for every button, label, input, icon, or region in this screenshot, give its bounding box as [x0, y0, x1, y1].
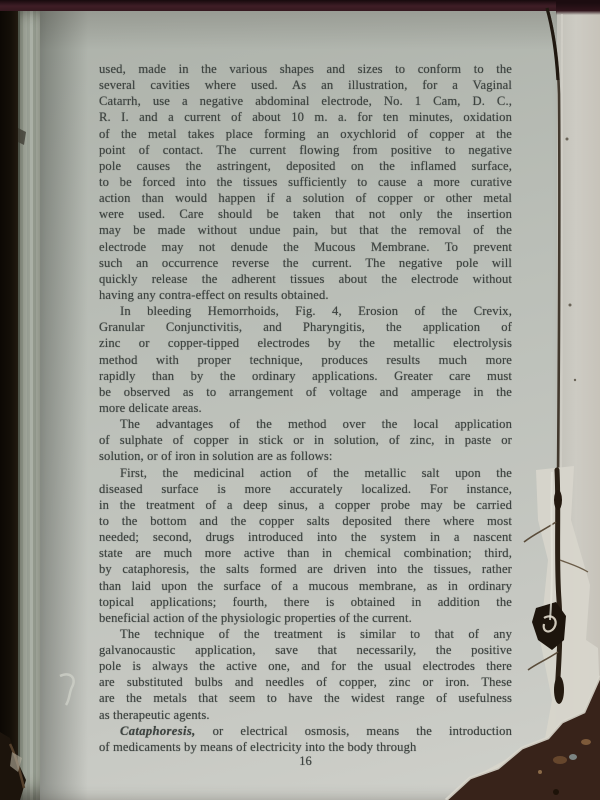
text-line: Catarrh, use a negative abdominal electr…	[99, 93, 512, 109]
book-photo: used, made in the various shapes and siz…	[0, 0, 600, 800]
text-line: are substituted bulbs and needles of cop…	[99, 674, 512, 690]
text-line: needed; second, drugs introduced into th…	[99, 529, 512, 545]
next-page-edge	[557, 10, 600, 800]
text-line: electrode may not denude the Mucous Memb…	[99, 239, 512, 255]
paragraph: Cataphoresis, or electrical osmosis, mea…	[99, 723, 512, 755]
text-line: pole is always the active one, and for t…	[99, 658, 512, 674]
text-line: topical applications; fourth, there is o…	[99, 594, 512, 610]
text-line: diseased surface is more accurately loca…	[99, 481, 512, 497]
paragraph: The advantages of the method over the lo…	[99, 416, 512, 464]
text-line: beneficial action of the physiologic pro…	[99, 610, 512, 626]
text-line: rapidly than by the ordinary application…	[99, 368, 512, 384]
text-line: solution, or of iron in solution are as …	[99, 448, 512, 464]
text-line: to be forced into the tissues sufficient…	[99, 174, 512, 190]
text-line: several cavities where used. As an illus…	[99, 77, 512, 93]
page-text: used, made in the various shapes and siz…	[99, 61, 512, 755]
paragraph: The technique of the treatment is simila…	[99, 626, 512, 723]
text-line: action than would happen if a solution o…	[99, 190, 512, 206]
text-line: in the treatment of a deep sinus, a copp…	[99, 497, 512, 513]
text-line: to the bottom and the copper salts depos…	[99, 513, 512, 529]
book-cover-top-right	[556, 0, 600, 15]
text-line: zinc or copper-tipped electrodes by the …	[99, 335, 512, 351]
page-number: 16	[99, 754, 512, 771]
text-line: as therapeutic agents.	[99, 707, 512, 723]
text-line: In bleeding Hemorrhoids, Fig. 4, Erosion…	[99, 303, 512, 319]
bold-italic-lead: Cataphoresis,	[120, 724, 196, 738]
text-line: of the metal takes place forming an oxyc…	[99, 126, 512, 142]
text-line: quickly release the adherent tissues abo…	[99, 271, 512, 287]
text-line: The technique of the treatment is simila…	[99, 626, 512, 642]
text-line: having any contra-effect on results obta…	[99, 287, 512, 303]
text-line: of sulphate of copper in stick or in sol…	[99, 432, 512, 448]
text-line: pole causes the astringent, deposited on…	[99, 158, 512, 174]
paragraph: used, made in the various shapes and siz…	[99, 61, 512, 303]
text-line: be observed as to arrangement of voltage…	[99, 384, 512, 400]
text-line: The advantages of the method over the lo…	[99, 416, 512, 432]
text-line: state are much more active than in chemi…	[99, 545, 512, 561]
text-line: such an occurrence reverse the current. …	[99, 255, 512, 271]
text-line: used, made in the various shapes and siz…	[99, 61, 512, 77]
text-line: point of contact. The current flowing fr…	[99, 142, 512, 158]
text-line: were used. Care should be taken that not…	[99, 206, 512, 222]
text-line: than laid upon the surface of a mucous m…	[99, 578, 512, 594]
text-line: more delicate areas.	[99, 400, 512, 416]
paragraph: First, the medicinal action of the metal…	[99, 465, 512, 626]
text-line: are the metals that seem to have the wid…	[99, 690, 512, 706]
text-line: R. I. and a current of about 10 m. a. fo…	[99, 109, 512, 125]
text-line: may be made without undue pain, but that…	[99, 222, 512, 238]
text-line: galvanocaustic application, save that ne…	[99, 642, 512, 658]
text-line: method with proper technique, produces r…	[99, 352, 512, 368]
text-line: Granular Conjunctivitis, and Pharyngitis…	[99, 319, 512, 335]
text-line: Cataphoresis, or electrical osmosis, mea…	[99, 723, 512, 739]
text-line: by cataphoresis, the salts formed are dr…	[99, 561, 512, 577]
paragraph: In bleeding Hemorrhoids, Fig. 4, Erosion…	[99, 303, 512, 416]
text-line: of medicaments by means of electricity i…	[99, 739, 512, 755]
text-line: First, the medicinal action of the metal…	[99, 465, 512, 481]
book-cover-top-band	[0, 0, 600, 11]
page-gutter-edges	[18, 0, 42, 800]
book-spine-shadow	[0, 0, 18, 800]
